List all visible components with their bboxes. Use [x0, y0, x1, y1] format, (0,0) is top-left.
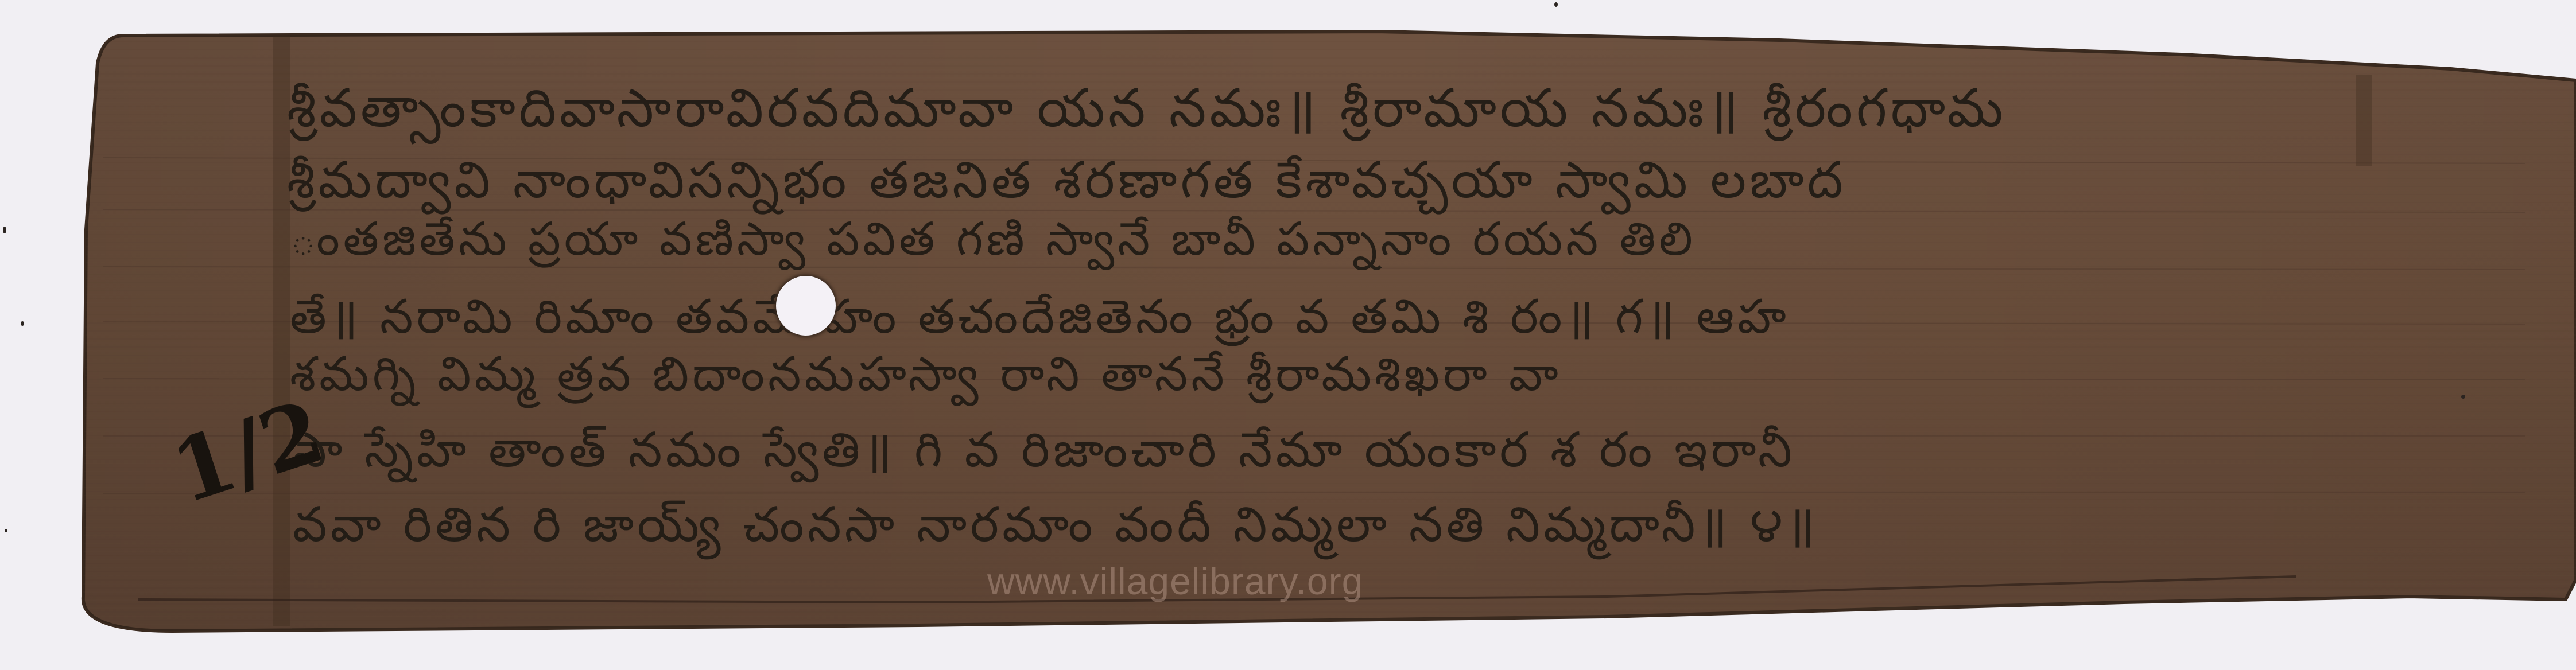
manuscript-line-4: తే॥ నరామి రిమాం తవమే హం తచందేజితెనం భ్రం…	[290, 290, 1790, 356]
dust-speck	[21, 321, 24, 326]
binding-hole	[776, 276, 836, 336]
manuscript-scene: శ్రీవత్సాంకాదివాసారావిరవదిమావా యన నమః॥ శ…	[0, 0, 2576, 670]
dust-speck	[2461, 395, 2465, 399]
dust-speck	[3, 227, 6, 233]
watermark: www.villagelibrary.org	[987, 559, 1363, 603]
dust-speck	[1554, 2, 1558, 7]
dust-speck	[5, 529, 7, 532]
manuscript-line-3: ంతజితేను ప్రయా వణిస్వా పవిత గణి స్వానే బ…	[290, 212, 1696, 277]
manuscript-line-7: వవా రితిన రి జాయ్య్ చంనసా నారమాం వందీ ని…	[293, 496, 1818, 564]
manuscript-line-6: సా స్నేహి తాంత్ నమం స్వేతి॥ గి వ రిజాంచా…	[293, 422, 1795, 490]
manuscript-line-5: శమగ్ని విమ్మ త్రవ బిదాంనమహస్వా రాని తానన…	[290, 347, 1562, 413]
manuscript-line-1: శ్రీవత్సాంకాదివాసారావిరవదిమావా యన నమః॥ శ…	[287, 77, 2007, 152]
manuscript-line-2: శ్రీమద్వావి నాంధావిసన్నిభం తజనిత శరణాగత …	[287, 150, 1846, 222]
